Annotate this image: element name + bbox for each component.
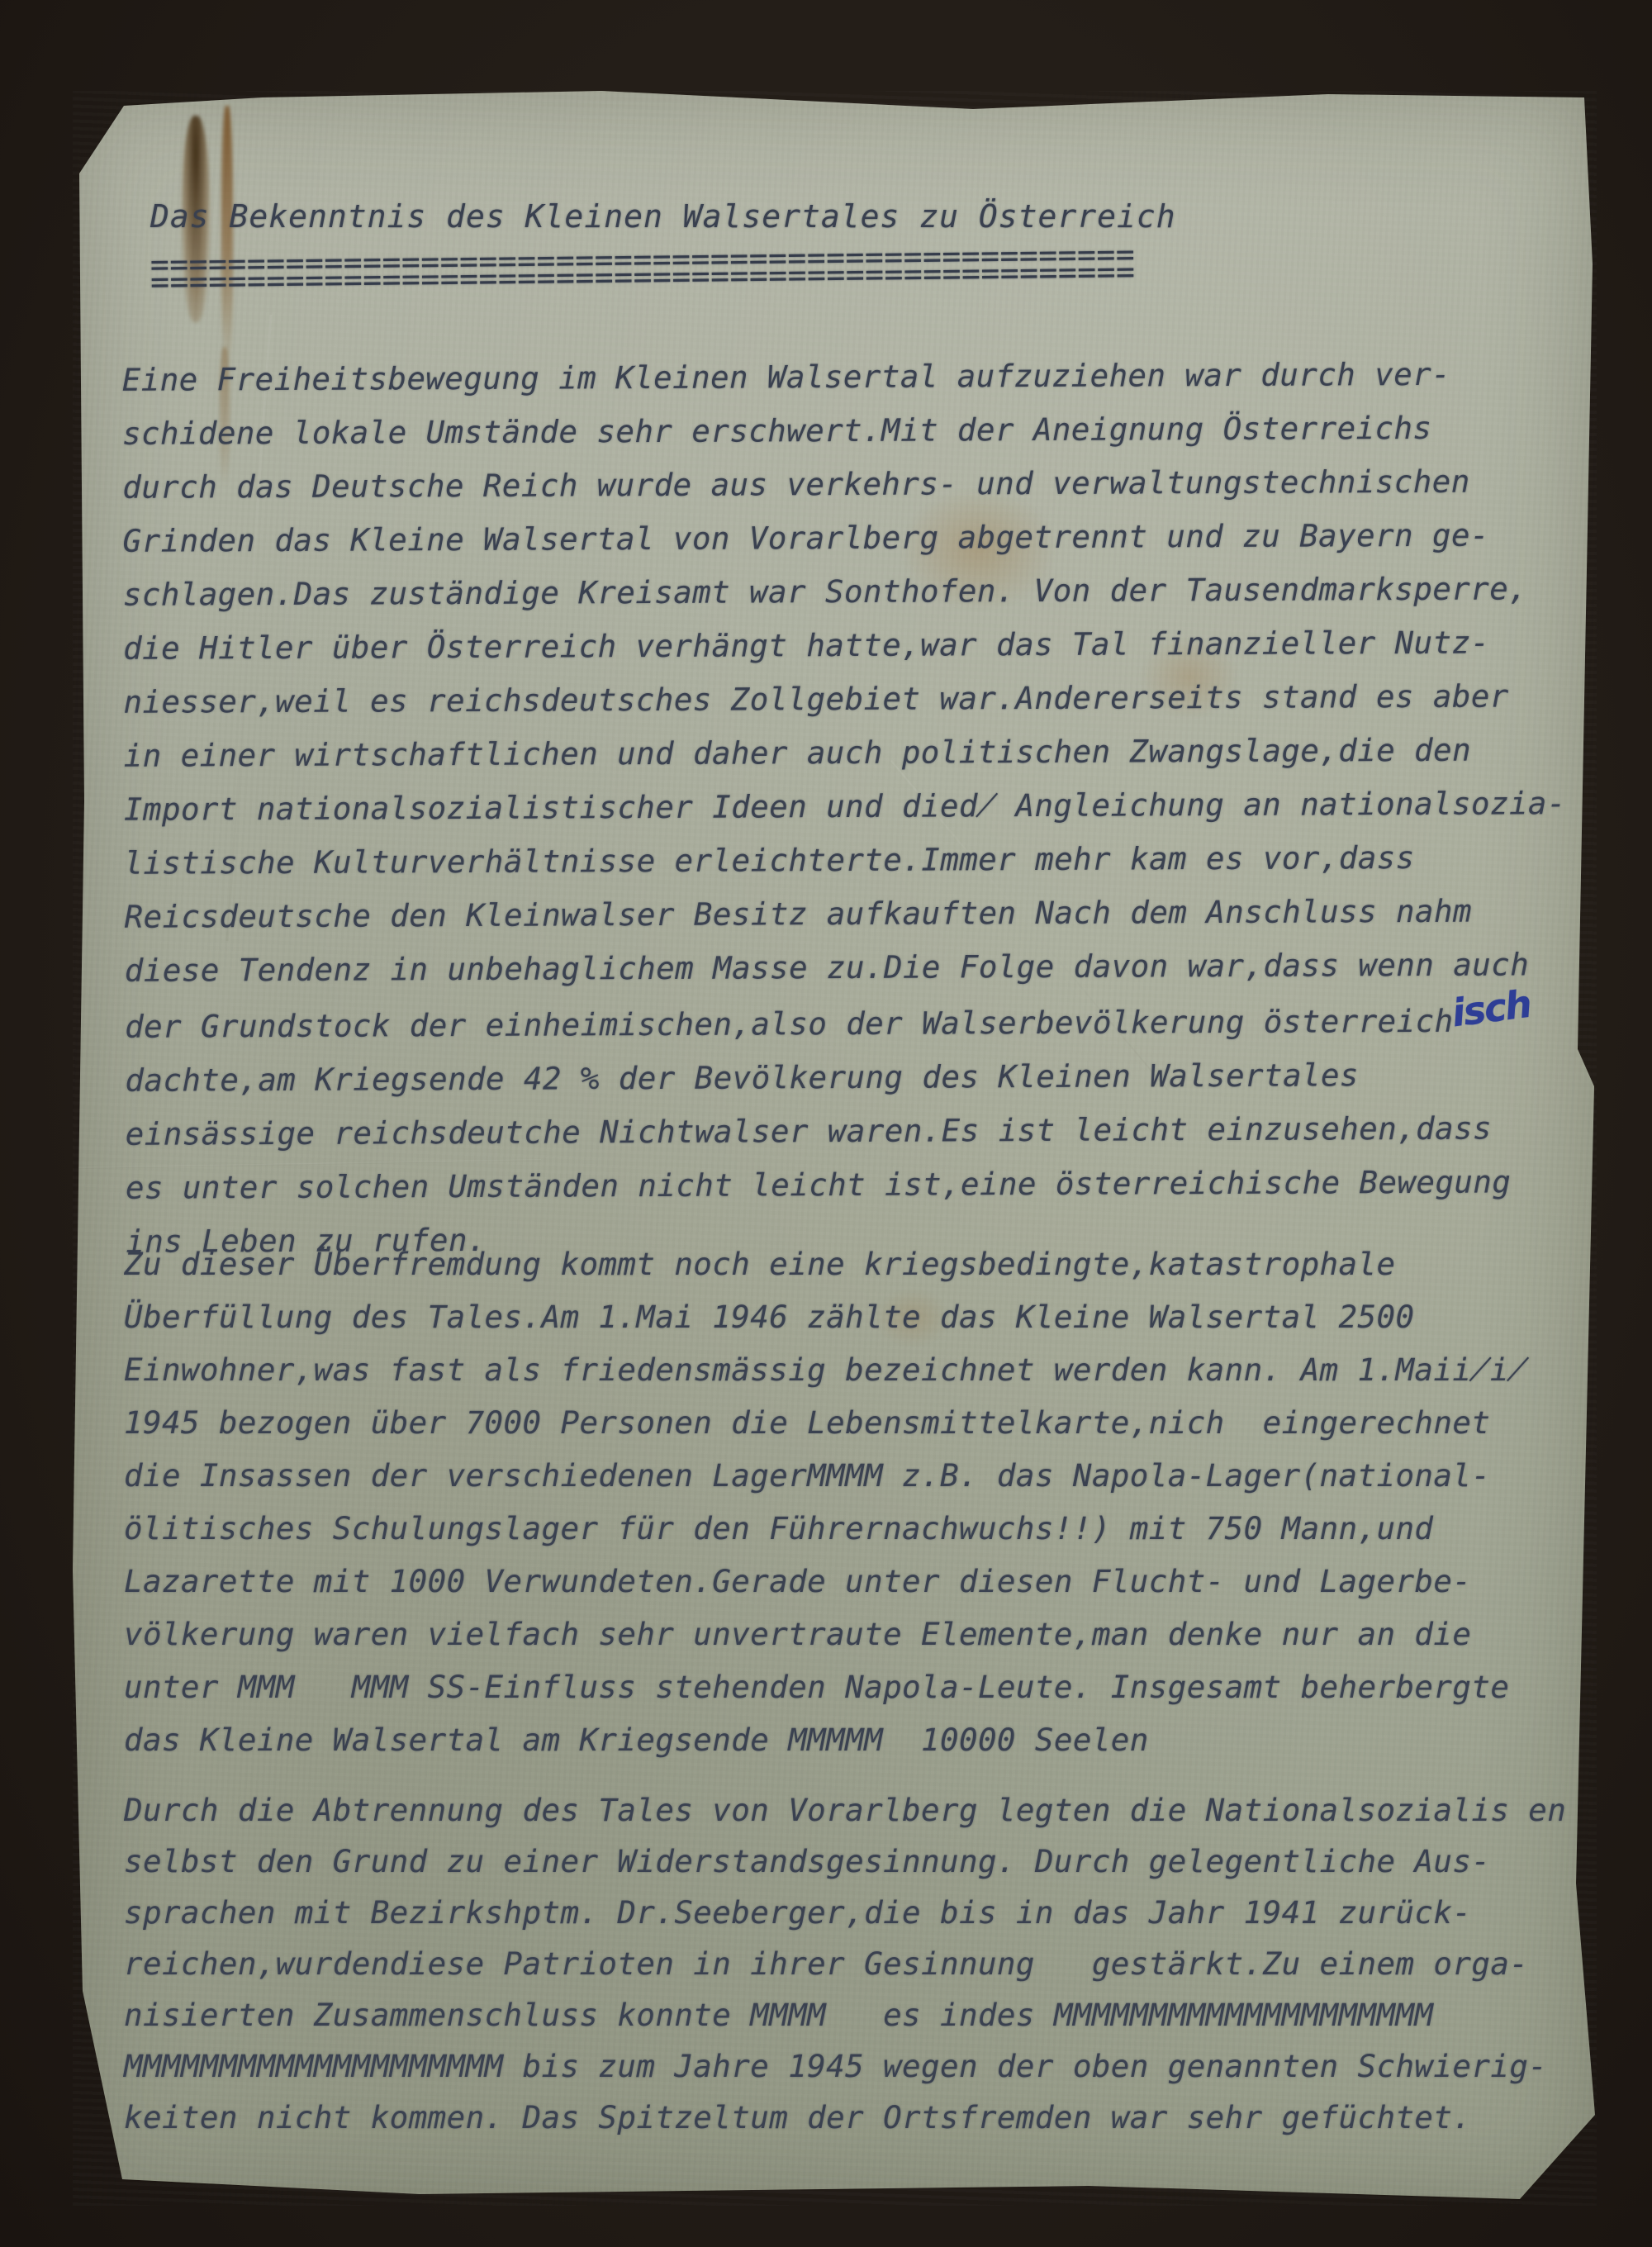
text-line: diese Tendenz in unbehaglichem Masse zu.… bbox=[125, 938, 1567, 998]
text-line: völkerung waren vielfach sehr unvertraut… bbox=[124, 1608, 1528, 1660]
text-line: listische Kulturverhältnisse erleichtert… bbox=[124, 830, 1566, 891]
text-line: nisierten Zusammenschluss konnte MMMM es… bbox=[124, 1989, 1566, 2040]
text-line: Import nationalsozialistischer Ideen und… bbox=[124, 777, 1566, 837]
text-line: das Kleine Walsertal am Kriegsende MMMMM… bbox=[124, 1713, 1528, 1766]
text-line: Durch die Abtrennung des Tales von Vorar… bbox=[124, 1784, 1566, 1836]
text-line: schlagen.Das zuständige Kreisamt war Son… bbox=[123, 562, 1565, 622]
text-line: sprachen mit Bezirkshptm. Dr.Seeberger,d… bbox=[124, 1887, 1566, 1938]
title-underline: ========================================… bbox=[150, 246, 1136, 291]
text-line: Grinden das Kleine Walsertal von Vorarlb… bbox=[122, 508, 1564, 568]
text-line: einsässige reichsdeutche Nichtwalser war… bbox=[126, 1101, 1568, 1162]
text-line: Reicsdeutsche den Kleinwalser Besitz auf… bbox=[124, 884, 1566, 944]
text-line: Einwohner,was fast als friedensmässig be… bbox=[124, 1343, 1528, 1396]
text-line: selbst den Grund zu einer Widerstandsges… bbox=[124, 1836, 1566, 1887]
text-line: durch das Deutsche Reich wurde aus verke… bbox=[122, 454, 1564, 515]
paragraph-1: Eine Freiheitsbewegung im Kleinen Walser… bbox=[122, 347, 1569, 1269]
document-title: Das Bekenntnis des Kleinen Walsertales z… bbox=[150, 198, 1176, 235]
text-line: es unter solchen Umständen nicht leicht … bbox=[126, 1155, 1568, 1215]
text-line: Lazarette mit 1000 Verwundeten.Gerade un… bbox=[124, 1555, 1528, 1608]
text-line: schidene lokale Umstände sehr erschwert.… bbox=[122, 401, 1564, 461]
handwritten-annotation: isch bbox=[1449, 977, 1534, 1040]
text-line: 1945 bezogen über 7000 Personen die Lebe… bbox=[124, 1396, 1528, 1449]
text-line: reichen,wurdendiese Patrioten in ihrer G… bbox=[124, 1938, 1566, 1989]
text-line: keiten nicht kommen. Das Spitzeltum der … bbox=[124, 2092, 1566, 2143]
text-line: ölitisches Schulungslager für den Führer… bbox=[124, 1502, 1528, 1555]
scanned-document-page: Das Bekenntnis des Kleinen Walsertales z… bbox=[0, 0, 1652, 2247]
text-line: MMMMMMMMMMMMMMMMMMMM bis zum Jahre 1945 … bbox=[124, 2040, 1566, 2092]
text-line: niesser,weil es reichsdeutsches Zollgebi… bbox=[123, 669, 1565, 729]
text-line: in einer wirtschaftlichen und daher auch… bbox=[124, 723, 1566, 783]
paragraph-3: Durch die Abtrennung des Tales von Vorar… bbox=[124, 1784, 1566, 2143]
text-line: Zu dieser Überfremdung kommt noch eine k… bbox=[124, 1238, 1528, 1290]
text-line: dachte,am Kriegsende 42 % der Bevölkerun… bbox=[125, 1047, 1567, 1108]
text-line: Eine Freiheitsbewegung im Kleinen Walser… bbox=[122, 347, 1564, 407]
paragraph-2: Zu dieser Überfremdung kommt noch eine k… bbox=[124, 1238, 1528, 1766]
text-line: die Insassen der verschiedenen LagerMMMM… bbox=[124, 1449, 1528, 1502]
text-line: der Grundstock der einheimischen,also de… bbox=[125, 991, 1567, 1054]
text-line: die Hitler über Österreich verhängt hatt… bbox=[123, 615, 1565, 676]
text-line: Überfüllung des Tales.Am 1.Mai 1946 zähl… bbox=[124, 1290, 1528, 1343]
text-line: unter MMM MMM SS-Einfluss stehenden Napo… bbox=[124, 1660, 1528, 1713]
title-underline-row: ========================================… bbox=[150, 264, 1135, 291]
